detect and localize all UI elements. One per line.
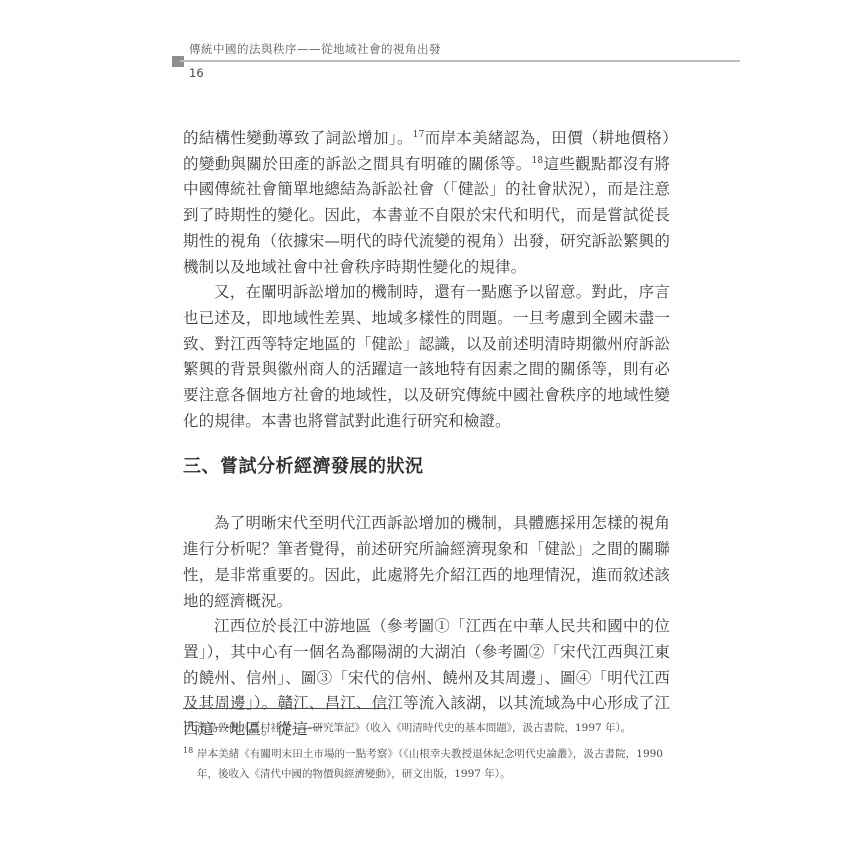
footnote-area: 17濱島敦俊《農村社會——研究筆記》（收入《明清時代史的基本問題》，汲古書院，1…	[183, 708, 663, 790]
paragraph: 為了明晰宋代至明代江西訴訟增加的機制，具體應採用怎樣的視角進行分析呢？筆者覺得，…	[183, 511, 670, 614]
footnote-number: 17	[183, 715, 193, 735]
book-page: 傳統中國的法與秩序——從地域社會的視角出發 16 的結構性變動導致了詞訟增加」。…	[0, 0, 850, 850]
footnote-ref-17: 17	[413, 130, 425, 140]
running-header-title: 傳統中國的法與秩序——從地域社會的視角出發	[189, 41, 441, 57]
page-number: 16	[189, 66, 204, 80]
footnote-text: 濱島敦俊《農村社會——研究筆記》（收入《明清時代史的基本問題》，汲古書院，199…	[197, 722, 631, 734]
paragraph-continuation: 的結構性變動導致了詞訟增加」。17而岸本美緒認為，田價（耕地價格）的變動與關於田…	[183, 126, 670, 280]
footnote-18: 18岸本美緒《有關明末田土市場的一點考察》（《山根幸夫教授退休紀念明代史論叢》，…	[183, 744, 663, 784]
paragraph-text: 的結構性變動導致了詞訟增加」。	[183, 129, 413, 147]
footnote-divider	[183, 708, 388, 709]
footnote-17: 17濱島敦俊《農村社會——研究筆記》（收入《明清時代史的基本問題》，汲古書院，1…	[183, 718, 663, 738]
footnote-number: 18	[183, 741, 193, 761]
header-rule	[180, 60, 740, 62]
paragraph: 又，在闡明訴訟增加的機制時，還有一點應予以留意。對此，序言也已述及，即地域性差異…	[183, 280, 670, 434]
body-text-block: 的結構性變動導致了詞訟增加」。17而岸本美緒認為，田價（耕地價格）的變動與關於田…	[183, 126, 670, 743]
footnote-ref-18: 18	[532, 156, 544, 166]
footnote-text: 岸本美緒《有關明末田土市場的一點考察》（《山根幸夫教授退休紀念明代史論叢》，汲古…	[197, 748, 663, 780]
section-heading: 三、嘗試分析經濟發展的狀況	[183, 454, 670, 480]
